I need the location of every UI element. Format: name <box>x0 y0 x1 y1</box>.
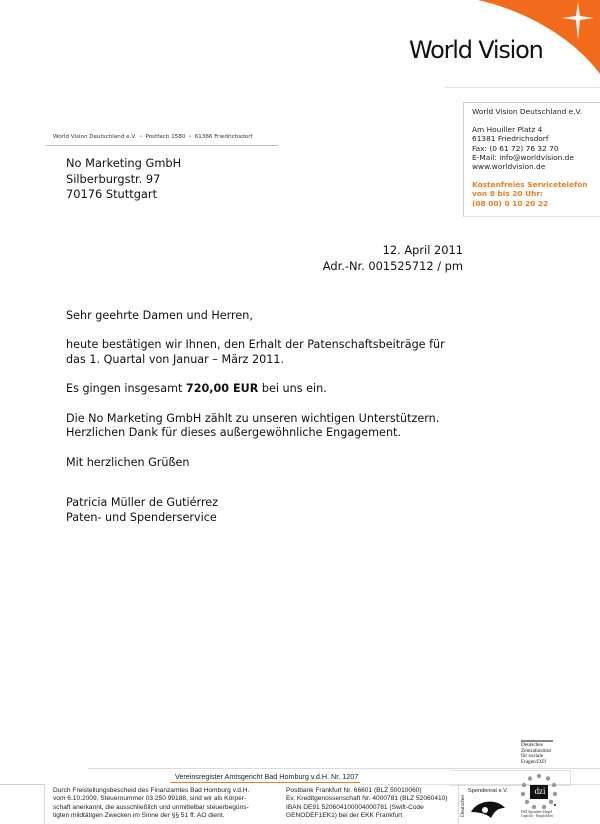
dzi-footer: DZI Spenden-Siegel Geprüft · Empfohlen <box>521 810 553 819</box>
header-divider <box>445 87 600 88</box>
sender-info-box: World Vision Deutschland e.V. Am Houille… <box>463 102 600 217</box>
bank-details: Postbank Frankfurt Nr. 66601 (BLZ 500100… <box>286 787 486 820</box>
dzi-header: Deutsches Zentralinstitut für soziale Fr… <box>521 743 581 765</box>
sender-email: E-Mail: info@worldvision.de <box>472 153 600 162</box>
footer-vertical-divider <box>44 784 45 824</box>
sender-org: World Vision Deutschland e.V. <box>472 107 600 116</box>
tax-line: vom 6.10.2009, Steuernummer 03 250 99188… <box>53 795 283 803</box>
sender-fax: Fax: (0 61 72) 76 32 70 <box>472 144 600 153</box>
bullet-icon: • <box>188 134 191 140</box>
address-reference: Adr.-Nr. 001525712 / pm <box>323 259 463 275</box>
amount-prefix: Es gingen insgesamt <box>66 382 186 395</box>
tax-line: schaft anerkannt, die ausschließlich und… <box>53 804 283 812</box>
donation-amount: 720,00 EUR <box>186 382 258 395</box>
spendenrat-seal: Deutscher Spendenrat e.V. <box>458 785 511 824</box>
hotline-number: (08 00) 0 10 20 22 <box>472 199 600 208</box>
closing: Mit herzlichen Grüßen <box>66 456 466 471</box>
paragraph-confirmation: heute bestätigen wir Ihnen, den Erhalt d… <box>66 338 466 367</box>
letter-body: Sehr geehrte Damen und Herren, heute bes… <box>66 309 466 485</box>
sender-website: www.worldvision.de <box>472 162 600 171</box>
return-po-box: Postfach 1580 <box>146 134 186 140</box>
return-address-divider <box>46 145 278 146</box>
association-register: Vereinsregister Amtsgericht Bad Homburg … <box>175 772 358 781</box>
bank-line: IBAN DE91 520604100004000781 (Swift-Code <box>286 804 486 812</box>
tax-exemption-notice: Durch Freistellungsbescheid des Finanzam… <box>53 787 283 820</box>
dzi-footer-line: Geprüft · Empfohlen <box>521 814 553 818</box>
sender-street: Am Houiller Platz 4 <box>472 125 600 134</box>
dzi-seal: Deutsches Zentralinstitut für soziale Fr… <box>521 740 581 824</box>
bullet-icon: • <box>139 134 142 140</box>
hotline-hours: von 8 bis 20 Uhr: <box>472 189 600 198</box>
register-underline <box>170 782 360 783</box>
spendenrat-label: Spendenrat e.V. <box>468 788 508 794</box>
signer-name: Patricia Müller de Gutiérrez <box>66 495 218 510</box>
recipient-name: No Marketing GmbH <box>66 156 181 172</box>
return-address-line: World Vision Deutschland e.V.•Postfach 1… <box>53 134 253 140</box>
dzi-header-line: Fragen/DZI <box>521 760 581 766</box>
salutation: Sehr geehrte Damen und Herren, <box>66 309 466 324</box>
signer-department: Paten- und Spenderservice <box>66 510 218 525</box>
return-city: 61366 Friedrichsdorf <box>195 134 253 140</box>
hotline-label: Kostenfreies Servicetelefon <box>472 180 600 189</box>
dzi-mark: dzi <box>531 786 549 796</box>
paragraph-amount: Es gingen insgesamt 720,00 EUR bei uns e… <box>66 382 466 397</box>
logo-wordmark: World Vision <box>409 36 543 64</box>
sender-city: 61381 Friedrichsdorf <box>472 134 600 143</box>
bank-line: Postbank Frankfurt Nr. 66601 (BLZ 500100… <box>286 787 486 795</box>
amount-suffix: bei uns ein. <box>258 382 326 395</box>
recipient-address: No Marketing GmbH Silberburgstr. 97 7017… <box>66 156 181 203</box>
recipient-city: 70176 Stuttgart <box>66 187 181 203</box>
date-reference-block: 12. April 2011 Adr.-Nr. 001525712 / pm <box>323 243 463 274</box>
signature-block: Patricia Müller de Gutiérrez Paten- und … <box>66 495 218 525</box>
spendenrat-eye-icon <box>469 796 507 822</box>
paragraph-thanks: Die No Marketing GmbH zählt zu unseren w… <box>66 412 466 441</box>
tax-line: tigten mildtätigen Zwecken im Sinne der … <box>53 812 283 820</box>
bank-line: Ev. Kreditgenossenschaft Nr. 4000781 (BL… <box>286 795 486 803</box>
spendenrat-vertical-label: Deutscher <box>460 787 466 817</box>
recipient-street: Silberburgstr. 97 <box>66 172 181 188</box>
bank-line: GENODEF1EK1) bei der EKK Frankfurt <box>286 812 486 820</box>
letter-date: 12. April 2011 <box>323 243 463 259</box>
tax-line: Durch Freistellungsbescheid des Finanzam… <box>53 787 283 795</box>
footer-divider-left <box>0 784 44 785</box>
return-org: World Vision Deutschland e.V. <box>53 134 136 140</box>
